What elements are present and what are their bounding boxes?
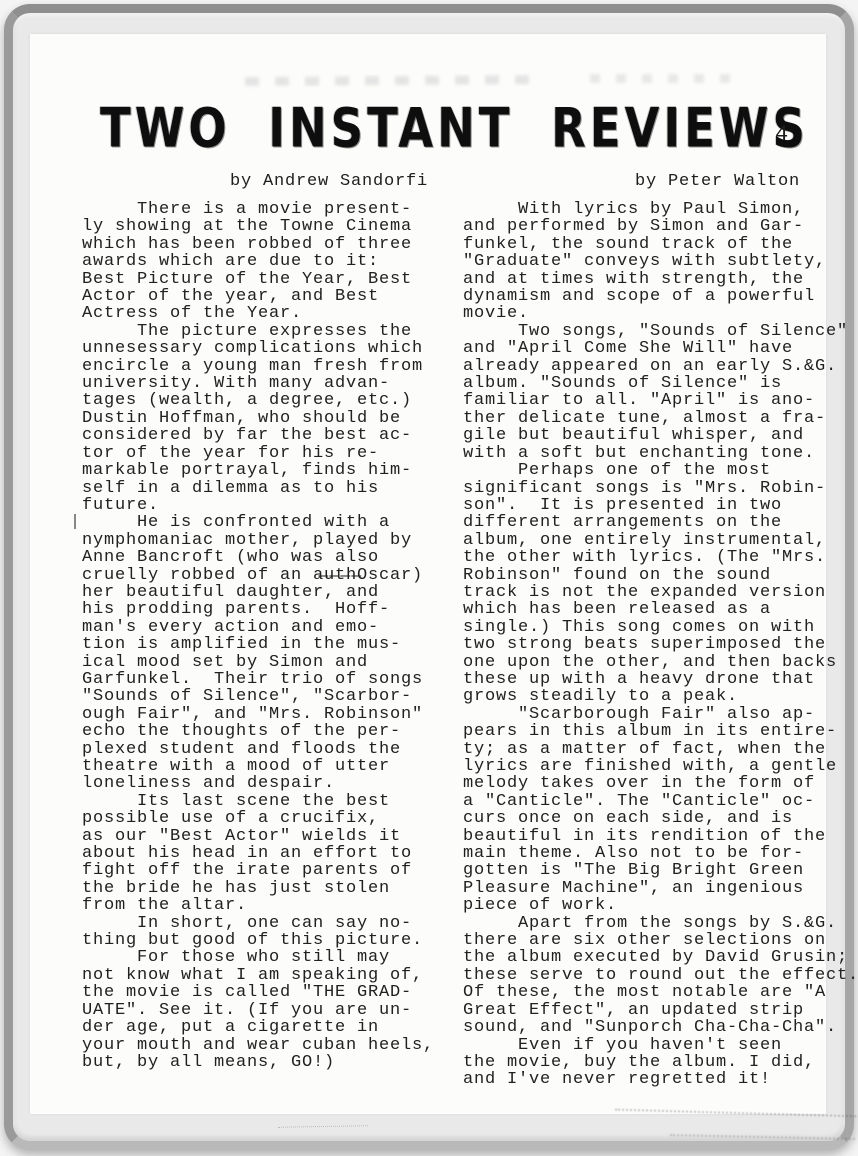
byline-right: by Peter Walton [635, 172, 800, 191]
page-number: 4 [775, 122, 788, 147]
title-row: TWO INSTANT REVIEWS [100, 96, 809, 149]
scan-margin-mark [74, 514, 76, 529]
review-body-right: With lyrics by Paul Simon, and performed… [463, 201, 858, 1089]
scan-ghost-text-smudge [245, 75, 545, 86]
paper-page: TWO INSTANT REVIEWS 4 by Andrew Sandorfi… [30, 34, 826, 1114]
scanned-newsletter-page: TWO INSTANT REVIEWS 4 by Andrew Sandorfi… [0, 0, 858, 1156]
scan-ghost-text-smudge [590, 74, 740, 83]
byline-left: by Andrew Sandorfi [230, 172, 428, 191]
review-body-left: There is a movie present- ly showing at … [82, 201, 434, 1071]
page-title: TWO INSTANT REVIEWS [100, 96, 809, 160]
